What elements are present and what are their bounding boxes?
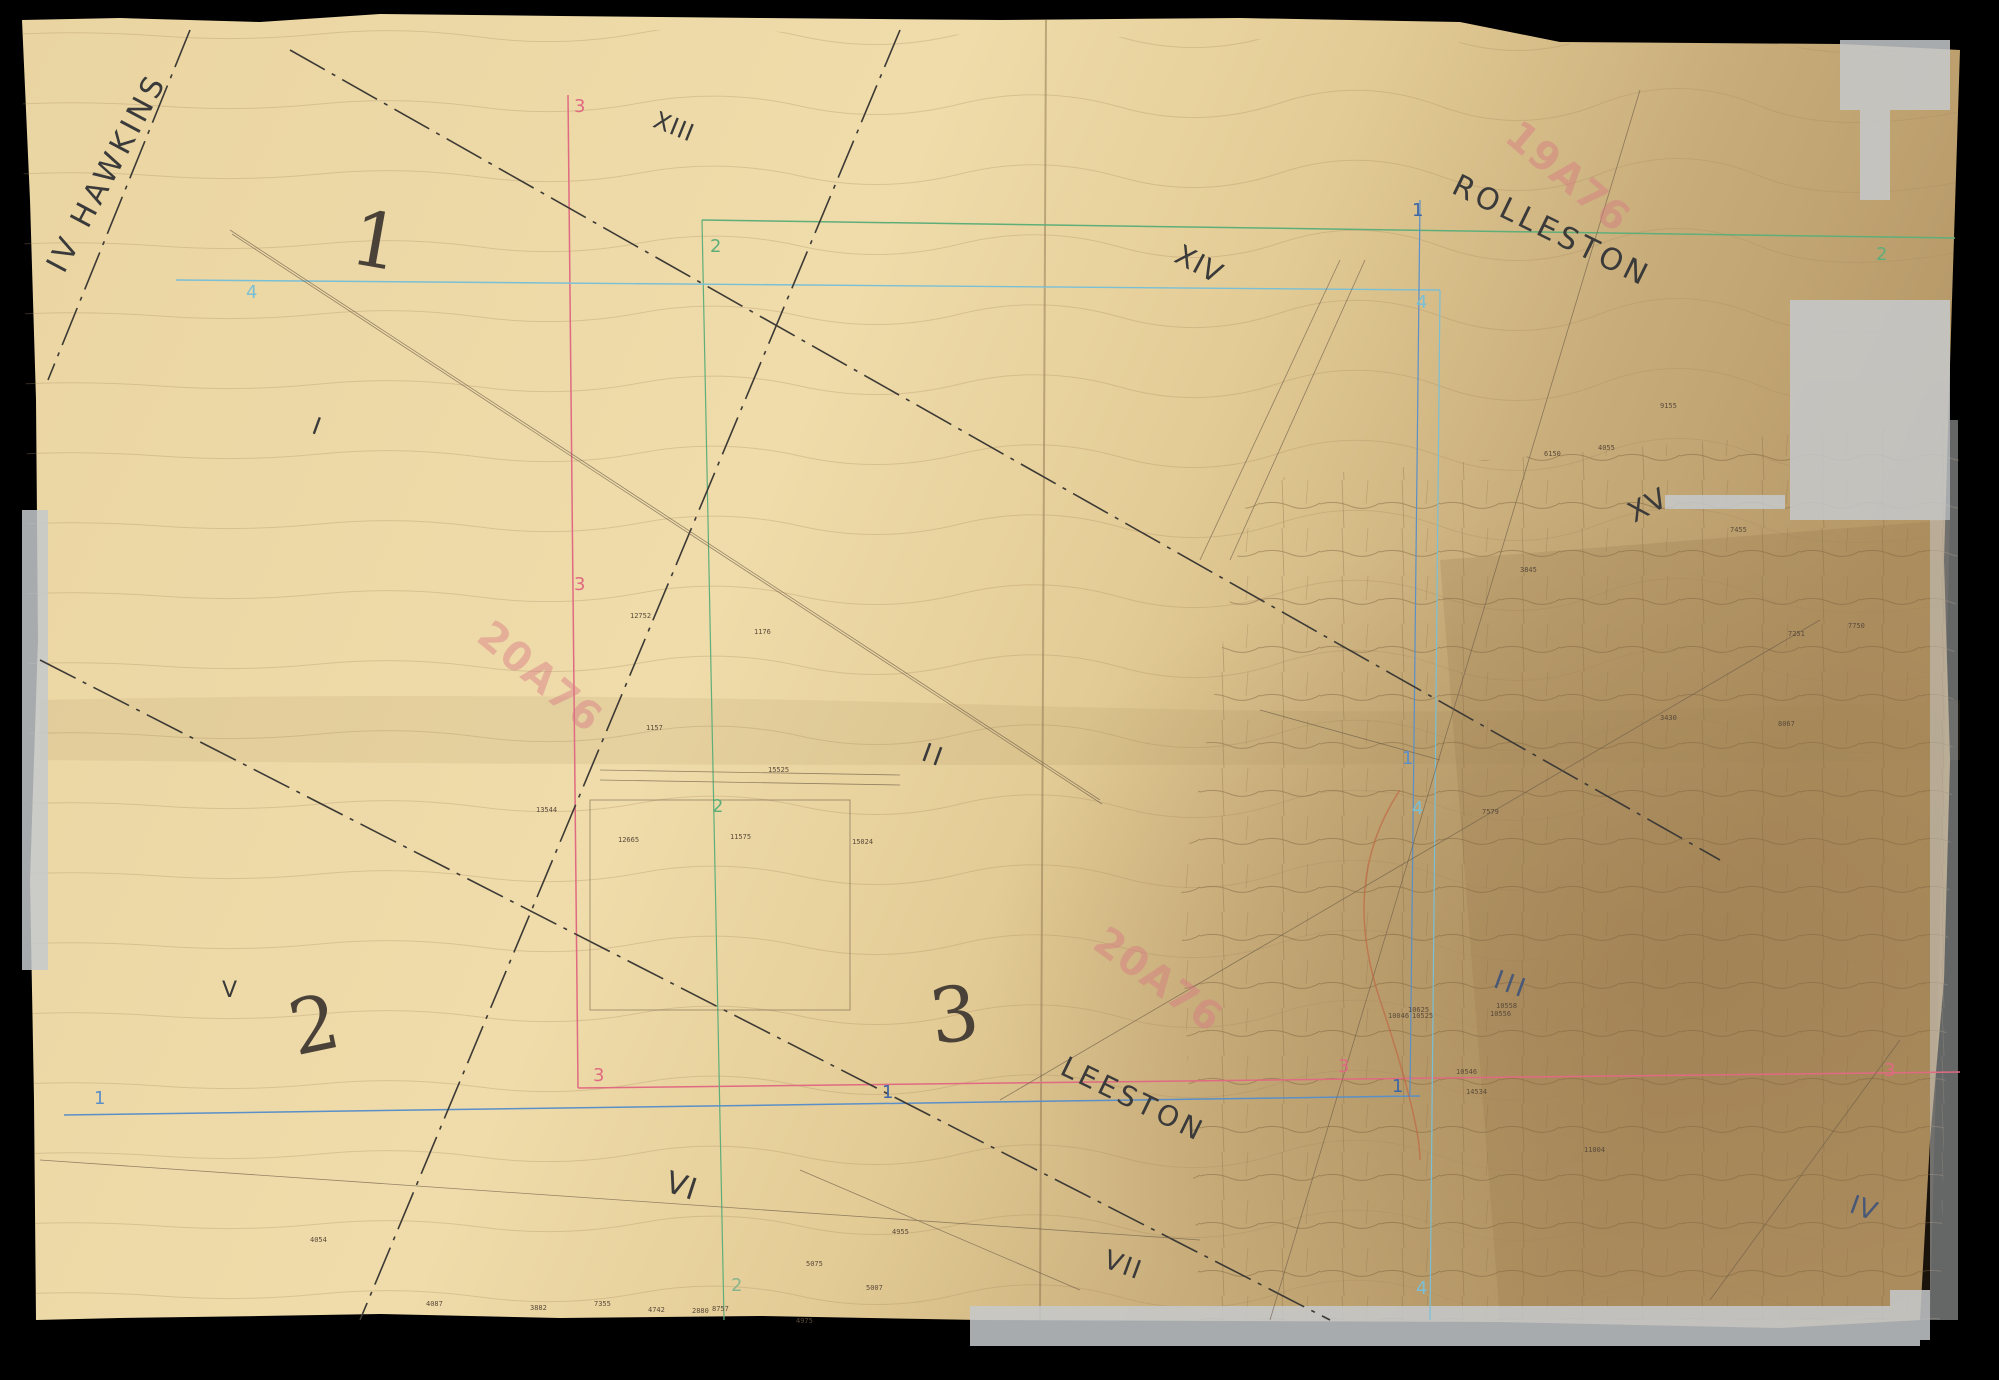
parcel-number: 6150 xyxy=(1544,450,1561,458)
block-label-v: V xyxy=(222,978,238,1003)
parcel-number: 7579 xyxy=(1482,808,1499,816)
grid-number-red-3-east: 3 xyxy=(1338,1056,1349,1077)
parcel-number: 1176 xyxy=(754,628,771,636)
map-canvas xyxy=(0,0,1999,1380)
parcel-number: 3882 xyxy=(530,1304,547,1312)
parcel-number: 2880 xyxy=(692,1307,709,1315)
grid-number-red-3-corner: 3 xyxy=(593,1065,604,1086)
parcel-number: 9155 xyxy=(1660,402,1677,410)
parcel-number: 15024 xyxy=(852,838,873,846)
parcel-number: 10625 xyxy=(1408,1006,1429,1014)
grid-number-red-3-mid: 3 xyxy=(574,574,585,595)
grid-number-blue-1-east: 1 xyxy=(1392,1076,1403,1097)
grid-number-cyan-4-west: 4 xyxy=(246,282,257,303)
grid-number-blue-1-mid2: 1 xyxy=(1402,748,1413,769)
parcel-number: 11004 xyxy=(1584,1146,1605,1154)
grid-number-cyan-4-east: 4 xyxy=(1416,292,1427,313)
grid-number-blue-1-mid: 1 xyxy=(882,1082,893,1103)
parcel-number: 10556 xyxy=(1490,1010,1511,1018)
parcel-number: 7251 xyxy=(1788,630,1805,638)
parcel-number: 3845 xyxy=(1520,566,1537,574)
grid-number-red-3-far-east: 3 xyxy=(1884,1060,1895,1081)
parcel-number: 8067 xyxy=(1778,720,1795,728)
parcel-number: 10046 xyxy=(1388,1012,1409,1020)
survey-map-sheet: IV HAWKINS ROLLESTON LEESTON XIII XIV XV… xyxy=(0,0,1999,1380)
parcel-number: 4975 xyxy=(796,1317,813,1325)
parcel-number: 4955 xyxy=(892,1228,909,1236)
parcel-number: 5075 xyxy=(806,1260,823,1268)
parcel-number: 1157 xyxy=(646,724,663,732)
parcel-number: 5007 xyxy=(866,1284,883,1292)
grid-number-green-2-mid: 2 xyxy=(712,796,723,817)
grid-number-cyan-4-mid: 4 xyxy=(1412,798,1423,819)
parcel-number: 15525 xyxy=(768,766,789,774)
parcel-number: 12665 xyxy=(618,836,639,844)
parcel-number: 7750 xyxy=(1848,622,1865,630)
grid-number-blue-1-top: 1 xyxy=(1412,200,1423,221)
parcel-number: 10546 xyxy=(1456,1068,1477,1076)
grid-number-green-2-bottom: 2 xyxy=(731,1275,742,1296)
grid-number-cyan-4-bottom: 4 xyxy=(1416,1278,1427,1299)
parcel-number: 4055 xyxy=(1598,444,1615,452)
parcel-number: 7355 xyxy=(594,1300,611,1308)
parcel-number: 12752 xyxy=(630,612,651,620)
parcel-number: 4054 xyxy=(310,1236,327,1244)
parcel-number: 7455 xyxy=(1730,526,1747,534)
grid-number-blue-1-west: 1 xyxy=(94,1088,105,1109)
parcel-number: 4742 xyxy=(648,1306,665,1314)
parcel-number: 13544 xyxy=(536,806,557,814)
parcel-number: 4087 xyxy=(426,1300,443,1308)
parcel-number: 8757 xyxy=(712,1305,729,1313)
parcel-number: 14534 xyxy=(1466,1088,1487,1096)
parcel-number: 10558 xyxy=(1496,1002,1517,1010)
grid-number-green-2-east: 2 xyxy=(1876,244,1887,265)
parcel-number: 3430 xyxy=(1660,714,1677,722)
grid-number-green-2-top: 2 xyxy=(710,236,721,257)
parcel-number: 11575 xyxy=(730,833,751,841)
grid-number-red-3-top: 3 xyxy=(574,96,585,117)
